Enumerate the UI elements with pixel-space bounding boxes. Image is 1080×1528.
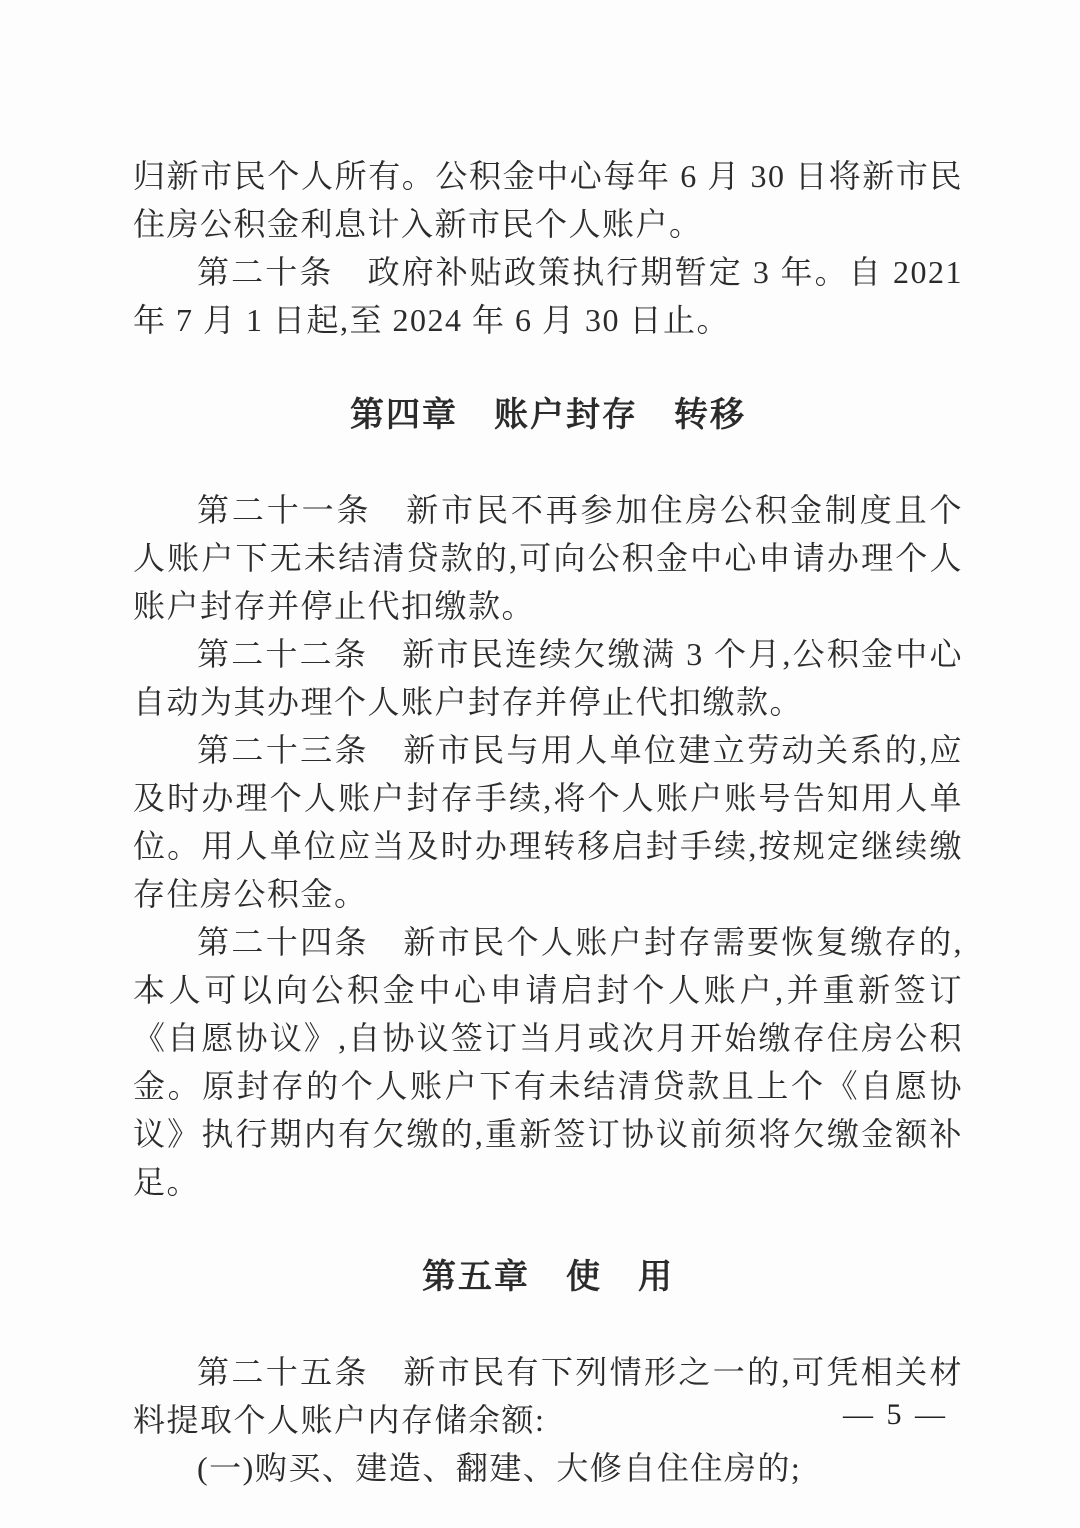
body-list-item-1: (一)购买、建造、翻建、大修自住住房的; [133, 1444, 963, 1492]
chapter-heading-4: 第四章 账户封存 转移 [133, 391, 963, 439]
body-paragraph-article-22: 第二十二条 新市民连续欠缴满 3 个月,公积金中心自动为其办理个人账户封存并停止… [133, 630, 963, 726]
body-paragraph-article-23: 第二十三条 新市民与用人单位建立劳动关系的,应及时办理个人账户封存手续,将个人账… [133, 726, 963, 918]
chapter-heading-5: 第五章 使 用 [133, 1253, 963, 1301]
page-number: — 5 — [843, 1398, 948, 1432]
document-page: 归新市民个人所有。公积金中心每年 6 月 30 日将新市民住房公积金利息计入新市… [0, 0, 1080, 1528]
body-paragraph-article-20: 第二十条 政府补贴政策执行期暂定 3 年。自 2021 年 7 月 1 日起,至… [133, 248, 963, 344]
body-paragraph-article-25: 第二十五条 新市民有下列情形之一的,可凭相关材料提取个人账户内存储余额: [133, 1348, 963, 1444]
body-paragraph-article-21: 第二十一条 新市民不再参加住房公积金制度且个人账户下无未结清贷款的,可向公积金中… [133, 486, 963, 630]
body-paragraph-continuation: 归新市民个人所有。公积金中心每年 6 月 30 日将新市民住房公积金利息计入新市… [133, 152, 963, 248]
document-body: 归新市民个人所有。公积金中心每年 6 月 30 日将新市民住房公积金利息计入新市… [133, 152, 963, 1492]
body-paragraph-article-24: 第二十四条 新市民个人账户封存需要恢复缴存的,本人可以向公积金中心申请启封个人账… [133, 918, 963, 1206]
